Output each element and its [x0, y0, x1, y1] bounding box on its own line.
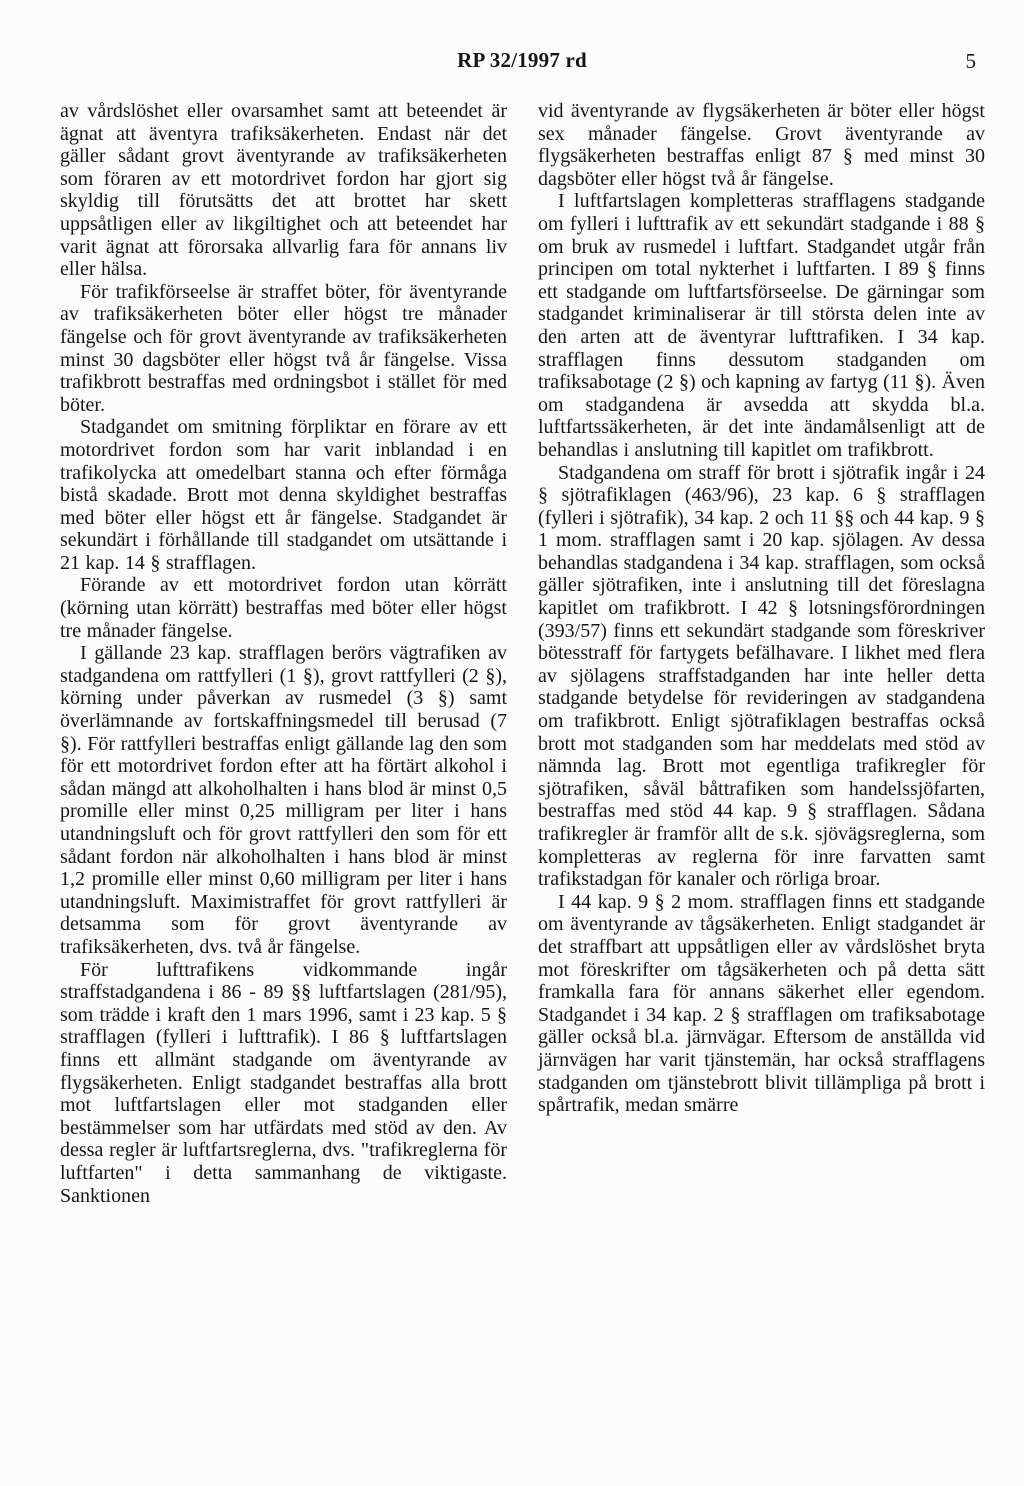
paragraph: Förande av ett motordrivet fordon utan k…	[60, 574, 507, 642]
paragraph: av vårdslöshet eller ovarsamhet samt att…	[60, 100, 507, 281]
paragraph: Stadgandet om smitning förpliktar en för…	[60, 416, 507, 574]
paragraph: I luftfartslagen kompletteras strafflage…	[538, 190, 985, 461]
paragraph: För lufttrafikens vidkommande ingår stra…	[60, 959, 507, 1208]
paragraph: För trafikförseelse är straffet böter, f…	[60, 281, 507, 417]
page-number: 5	[966, 49, 977, 74]
text-columns: av vårdslöshet eller ovarsamhet samt att…	[60, 100, 986, 1207]
document-page: RP 32/1997 rd 5 av vårdslöshet eller ova…	[0, 0, 1024, 1486]
paragraph: I 44 kap. 9 § 2 mom. strafflagen finns e…	[538, 891, 985, 1117]
running-header: RP 32/1997 rd 5	[60, 48, 984, 76]
left-column: av vårdslöshet eller ovarsamhet samt att…	[60, 100, 507, 1207]
paragraph: vid äventyrande av flygsäkerheten är böt…	[538, 100, 985, 190]
right-column: vid äventyrande av flygsäkerheten är böt…	[538, 100, 985, 1207]
document-title: RP 32/1997 rd	[60, 48, 984, 73]
paragraph: I gällande 23 kap. strafflagen berörs vä…	[60, 642, 507, 958]
paragraph: Stadgandena om straff för brott i sjötra…	[538, 462, 985, 891]
